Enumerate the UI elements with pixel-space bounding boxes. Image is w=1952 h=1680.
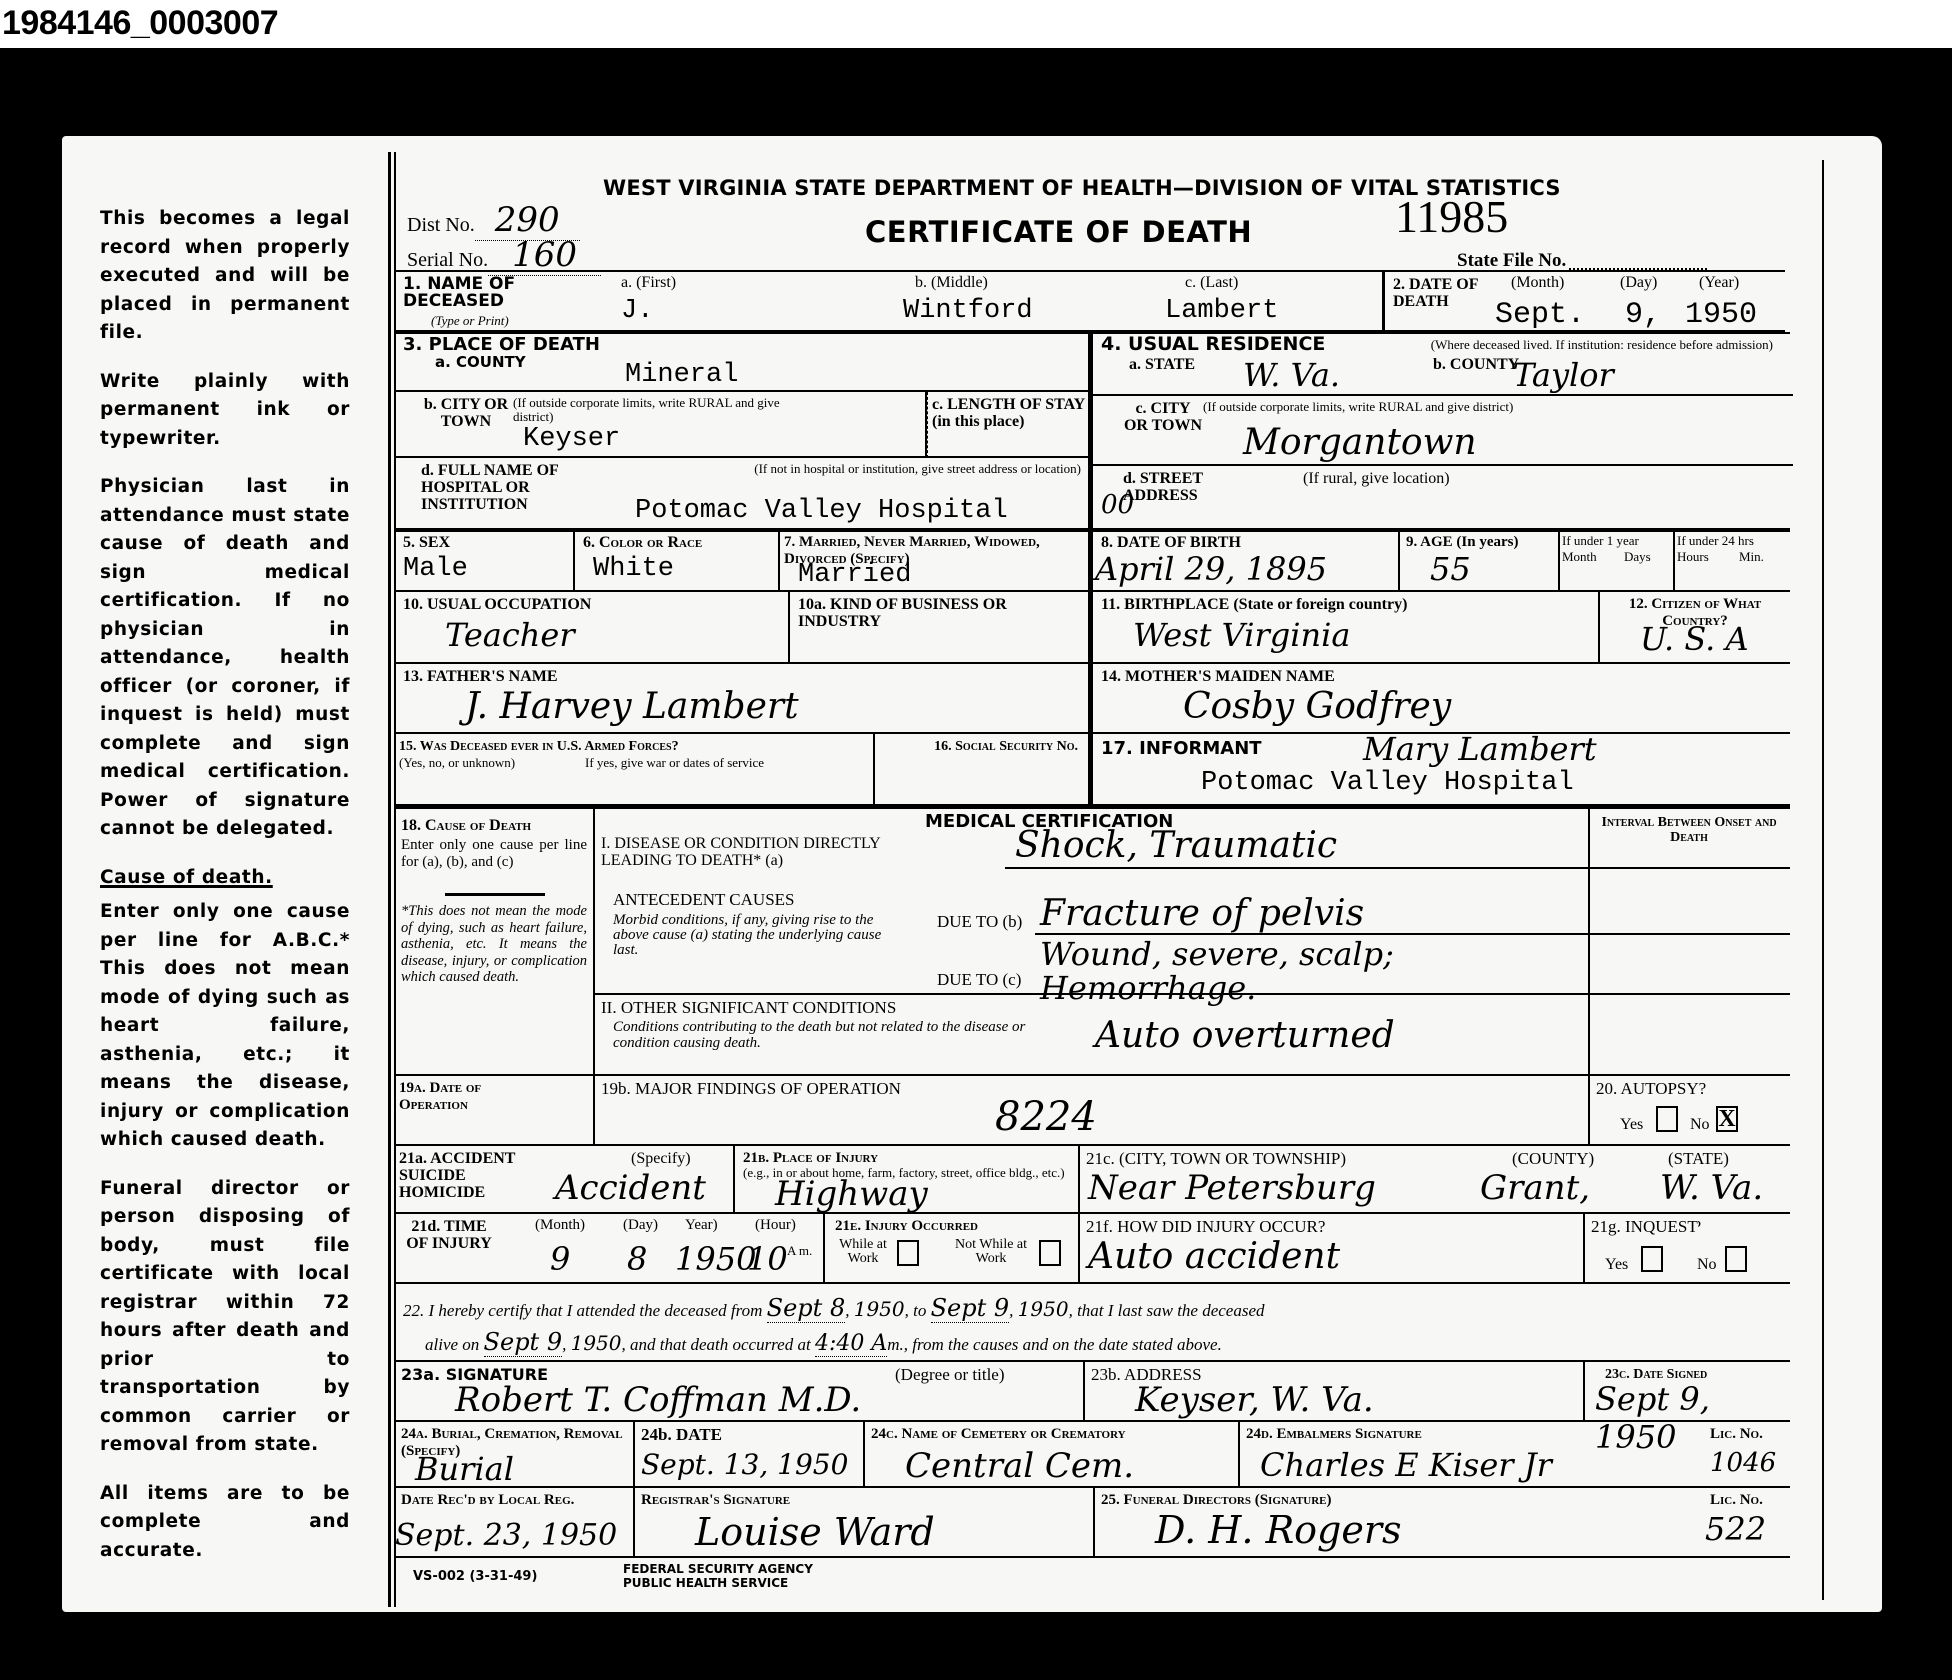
instruction-write-plainly: Write plainly with permanent ink or type… (100, 368, 350, 454)
form-number: VS-002 (3-31-49) (413, 1568, 537, 1585)
last-name: Lambert (1165, 296, 1278, 326)
place-of-injury: 21b. Place of Injury (e.g., in or about … (735, 1146, 1080, 1214)
birthplace: 11. BIRTHPLACE (State or foreign country… (1090, 592, 1600, 664)
cemetery-name: 24c. Name of Cemetery or Crematory Centr… (865, 1422, 1240, 1488)
interval-onset-death: Interval Between Onset and Death (1590, 806, 1790, 1076)
fathers-name: 13. FATHER'S NAME J. Harvey Lambert (395, 664, 1090, 734)
cause-of-death-instructions: 18. Cause of Death Enter only one cause … (395, 806, 595, 1076)
burial-date: 24b. DATE Sept. 13, 1950 (635, 1422, 865, 1488)
length-of-stay: c. LENGTH OF STAY (in this place) (927, 392, 1090, 458)
instruction-cause-heading: Cause of death. (100, 864, 350, 893)
inquest-yes-checkbox[interactable] (1641, 1246, 1663, 1272)
date-of-operation: 19a. Date of Operation (395, 1076, 595, 1146)
name-of-deceased: 1. NAME OF DECEASED (Type or Print) a. (… (395, 270, 1385, 332)
place-of-death-city: b. CITY OR TOWN (If outside corporate li… (395, 392, 927, 458)
divider (1822, 160, 1824, 1600)
state-file-number: 11985 (1395, 190, 1508, 243)
burial-cremation-removal: 24a. Burial, Cremation, Removal (Specify… (395, 1422, 635, 1488)
instruction-complete: All items are to be complete and accurat… (100, 1480, 350, 1566)
instructions-sidebar: This becomes a legal record when properl… (100, 205, 350, 1585)
age: 9. AGE (In years) 55 (1400, 530, 1560, 592)
embalmer-signature: 24d. Embalmers Signature Lic. No. Charle… (1240, 1422, 1790, 1488)
citizenship: 12. Citizen of What Country? U. S. A (1600, 592, 1790, 664)
kind-of-business: 10a. KIND OF BUSINESS OR INDUSTRY (790, 592, 1090, 664)
date-received-local-registrar: Date Rec'd by Local Reg. Sept. 23, 1950 (395, 1488, 635, 1558)
instruction-physician: Physician last in attendance must state … (100, 473, 350, 844)
informant: 17. INFORMANT Mary Lambert Potomac Valle… (1090, 734, 1790, 806)
physician-certification-line2: alive on Sept 9, 1950, and that death oc… (425, 1328, 1785, 1356)
sex: 5. SEX Male (395, 530, 575, 592)
serial-no: Serial No.160 (407, 235, 601, 275)
death-certificate-form: WEST VIRGINIA STATE DEPARTMENT OF HEALTH… (395, 160, 1790, 1600)
marital-status: 7. Married, Never Married, Widowed, Divo… (780, 530, 1090, 592)
color-or-race: 6. Color or Race White (575, 530, 780, 592)
state-file-label: State File No. (1457, 250, 1566, 272)
physician-certification: 22. I hereby certify that I attended the… (403, 1294, 1783, 1322)
residence-city: Morgantown (1243, 422, 1477, 463)
cause-b: Fracture of pelvis (1040, 893, 1364, 934)
not-while-at-work-checkbox[interactable] (1039, 1240, 1061, 1266)
autopsy-yes-checkbox[interactable] (1656, 1106, 1678, 1132)
usual-occupation: 10. USUAL OCCUPATION Teacher (395, 592, 790, 664)
funeral-director-signature: 25. Funeral Directors (Signature) Lic. N… (1095, 1488, 1790, 1558)
date-signed: 23c. Date Signed Sept 9, 1950 (1585, 1360, 1790, 1422)
registrar-signature: Registrar's Signature Louise Ward (635, 1488, 1095, 1558)
dist-no: Dist No.290 (407, 200, 580, 240)
autopsy: 20. AUTOPSY? Yes No X (1590, 1076, 1790, 1146)
social-security-number: 16. Social Security No. (875, 734, 1090, 806)
autopsy-no-checkbox[interactable]: X (1716, 1106, 1738, 1132)
instruction-legal-record: This becomes a legal record when properl… (100, 205, 350, 348)
medical-certification: MEDICAL CERTIFICATION I. DISEASE OR COND… (595, 806, 1590, 1076)
first-name: J. (621, 296, 653, 326)
age-under-1-year: If under 1 year Month Days (1560, 530, 1675, 592)
residence-state: W. Va. (1243, 356, 1340, 394)
inquest-no-checkbox[interactable] (1725, 1246, 1747, 1272)
injury-location: 21c. (CITY, TOWN OR TOWNSHIP) (COUNTY) (… (1080, 1146, 1790, 1214)
time-of-injury: 21d. TIME OF INJURY (Month) (Day) Year) … (395, 1214, 825, 1284)
mothers-maiden-name: 14. MOTHER'S MAIDEN NAME Cosby Godfrey (1090, 664, 1790, 734)
date-of-death: 2. DATE OF DEATH (Month) (Day) (Year) Se… (1385, 270, 1785, 332)
middle-name: Wintford (903, 296, 1033, 326)
how-injury-occurred: 21f. HOW DID INJURY OCCUR? Auto accident (1080, 1214, 1585, 1284)
title-bar: 1984146_0003007 (0, 0, 1952, 48)
place-of-death-county: 3. PLACE OF DEATH a. COUNTY Mineral (395, 332, 1090, 392)
usual-residence: 4. USUAL RESIDENCE (Where deceased lived… (1090, 332, 1790, 530)
hospital-name: d. FULL NAME OF HOSPITAL OR INSTITUTION … (395, 458, 1090, 530)
divider (388, 152, 391, 1607)
major-findings-operation: 19b. MAJOR FINDINGS OF OPERATION 8224 (595, 1076, 1590, 1146)
residence-street: 00 (1101, 490, 1134, 520)
instruction-cause: Enter only one cause per line for A.B.C.… (100, 898, 350, 1155)
image-id: 1984146_0003007 (2, 4, 278, 43)
physician-signature: 23a. SIGNATURE (Degree or title) Robert … (395, 1360, 1085, 1422)
age-under-24-hours: If under 24 hrs Hours Min. (1675, 530, 1790, 592)
inquest: 20. AUTOPSY? 21g. INQUEST Yes No (1585, 1214, 1790, 1284)
armed-forces: 15. Was Deceased ever in U.S. Armed Forc… (395, 734, 875, 806)
cause-a: Shock, Traumatic (1015, 825, 1337, 866)
other-conditions: Auto overturned (1095, 1015, 1395, 1056)
certificate-title: CERTIFICATE OF DEATH (865, 215, 1252, 249)
while-at-work-checkbox[interactable] (897, 1240, 919, 1266)
date-of-birth: 8. DATE OF BIRTH April 29, 1895 (1090, 530, 1400, 592)
instruction-funeral-director: Funeral director or person disposing of … (100, 1175, 350, 1460)
federal-agency: FEDERAL SECURITY AGENCYPUBLIC HEALTH SER… (623, 1562, 813, 1590)
injury-occurred: 21e. Injury Occurred While at Work Not W… (825, 1214, 1080, 1284)
residence-county: Taylor (1513, 356, 1614, 394)
accident-suicide-homicide: 21a. ACCIDENT SUICIDE HOMICIDE (Specify)… (395, 1146, 735, 1214)
physician-address: 23b. ADDRESS Keyser, W. Va. (1085, 1360, 1585, 1422)
